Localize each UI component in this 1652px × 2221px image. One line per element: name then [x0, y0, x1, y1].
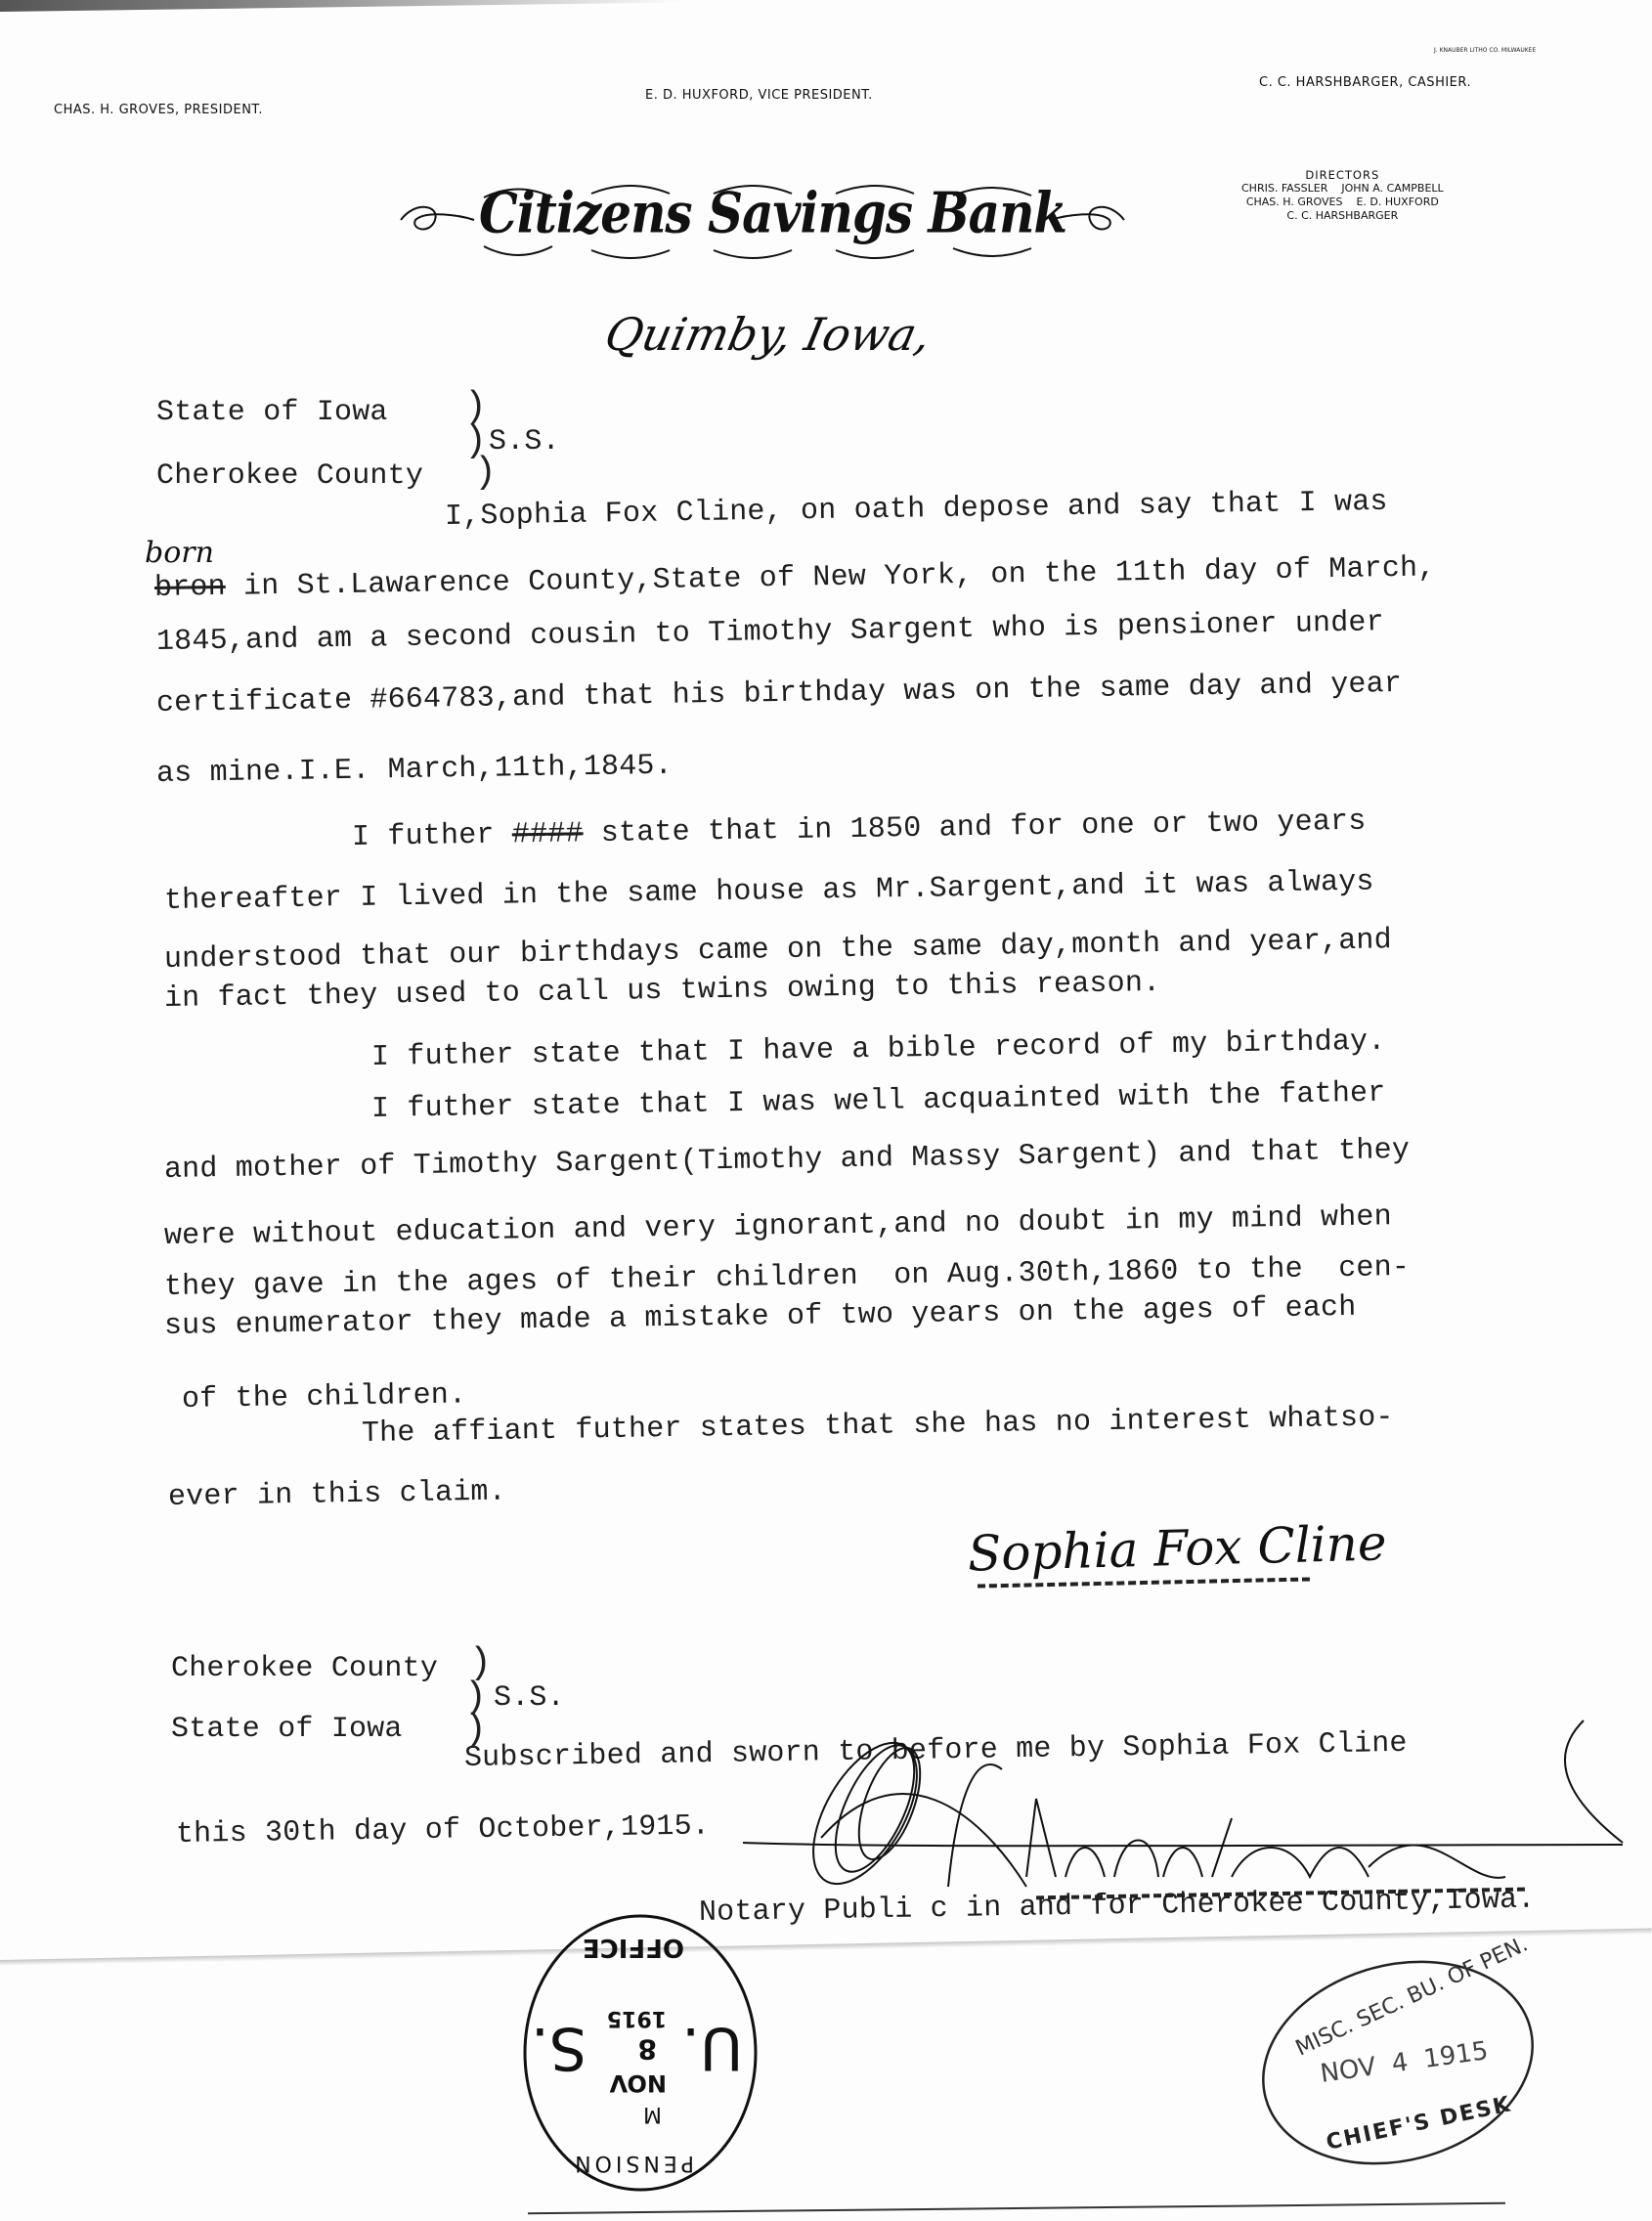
body-line: were without education and very ignorant… — [164, 1200, 1392, 1253]
body-line-text: in St.Lawarence County,State of New York… — [226, 551, 1436, 603]
director-name: CHRIS. FASSLER — [1241, 182, 1327, 196]
president-line: CHAS. H. GROVES, PRESIDENT. — [54, 103, 263, 117]
page-edge-line — [528, 2202, 1505, 2214]
jurat-date: this 30th day of October,1915. — [176, 1809, 711, 1851]
stamp-month: NOV — [610, 2069, 667, 2097]
venue-county: Cherokee County — [156, 459, 423, 493]
body-line: ever in this claim. — [168, 1476, 506, 1514]
venue-ss: S.S. — [494, 1681, 565, 1715]
body-line: as mine.I.E. March,11th,1845. — [156, 750, 673, 791]
struck-typo: #### — [512, 817, 584, 851]
director-name: JOHN A. CAMPBELL — [1341, 182, 1443, 196]
body-line: understood that our birthdays came on th… — [164, 924, 1392, 977]
stamp-right-letter: S. — [531, 2014, 587, 2082]
director-name: C. C. HARSHBARGER — [1286, 209, 1398, 223]
scan-edge-shadow — [0, 0, 684, 12]
stamp-bottom-text: PENSION — [571, 2151, 694, 2175]
body-line-text: state that in 1850 and for one or two ye… — [583, 806, 1366, 851]
director-name: E. D. HUXFORD — [1356, 196, 1438, 209]
venue-state: State of Iowa — [156, 396, 388, 429]
stamp-top-text: OFFICE — [583, 1933, 684, 1962]
cashier-line: C. C. HARSHBARGER, CASHIER. — [1259, 75, 1471, 90]
body-line: and mother of Timothy Sargent(Timothy an… — [164, 1134, 1411, 1187]
printer-credit: J. KNAUBER LITHO CO. MILWAUKEE — [1434, 47, 1536, 54]
brace-glyph: ) — [474, 452, 497, 494]
venue-state: State of Iowa — [171, 1713, 403, 1746]
stamp-year: 1915 — [607, 2006, 667, 2030]
directors-title: DIRECTORS — [1241, 168, 1444, 182]
body-line: bron in St.Lawarence County,State of New… — [154, 551, 1436, 605]
affiant-signature: Sophia Fox Cline — [967, 1514, 1387, 1582]
body-line: thereafter I lived in the same house as … — [164, 866, 1374, 918]
body-line: 1845,and am a second cousin to Timothy S… — [156, 606, 1384, 659]
body-line: The affiant futher states that she has n… — [362, 1401, 1394, 1451]
stamp-letter: M — [643, 2102, 662, 2126]
handwritten-correction: born — [145, 536, 214, 570]
vice-president-line: E. D. HUXFORD, VICE PRESIDENT. — [645, 88, 873, 103]
director-name: CHAS. H. GROVES — [1246, 196, 1343, 209]
body-line: of the children. — [182, 1378, 467, 1416]
bank-logo: Citizens Savings Bank — [391, 176, 1134, 264]
notary-signature-scribble-icon — [743, 1691, 1652, 1916]
body-line: I futher #### state that in 1850 and for… — [352, 806, 1367, 854]
struck-typo: bron — [154, 571, 226, 605]
stamp-left-letter: U. — [681, 2014, 743, 2082]
body-line: I futher state that I have a bible recor… — [371, 1025, 1386, 1074]
affidavit-page: CHAS. H. GROVES, PRESIDENT. E. D. HUXFOR… — [0, 0, 1652, 2221]
body-line: certificate #664783,and that his birthda… — [156, 668, 1403, 720]
directors-block: DIRECTORS CHRIS. FASSLER JOHN A. CAMPBEL… — [1241, 168, 1444, 223]
body-line: I futher state that I was well acquainte… — [371, 1077, 1386, 1126]
venue-ss: S.S. — [489, 425, 560, 458]
bank-name-text: Citizens Savings Bank — [479, 180, 1066, 246]
body-line-text: I futher — [352, 818, 512, 854]
venue-county: Cherokee County — [171, 1652, 438, 1685]
pension-office-stamp: OFFICE U. S. M NOV 8 1915 PENSION — [518, 1911, 762, 2195]
stamp-day: 8 — [638, 2033, 657, 2066]
chiefs-desk-stamp: MISC. SEC. BU. OF PEN. NOV 4 1915 CHIEF'… — [1251, 1945, 1544, 2180]
body-line: I,Sophia Fox Cline, on oath depose and s… — [445, 486, 1388, 534]
bank-city: Quimby, Iowa, — [600, 308, 935, 361]
